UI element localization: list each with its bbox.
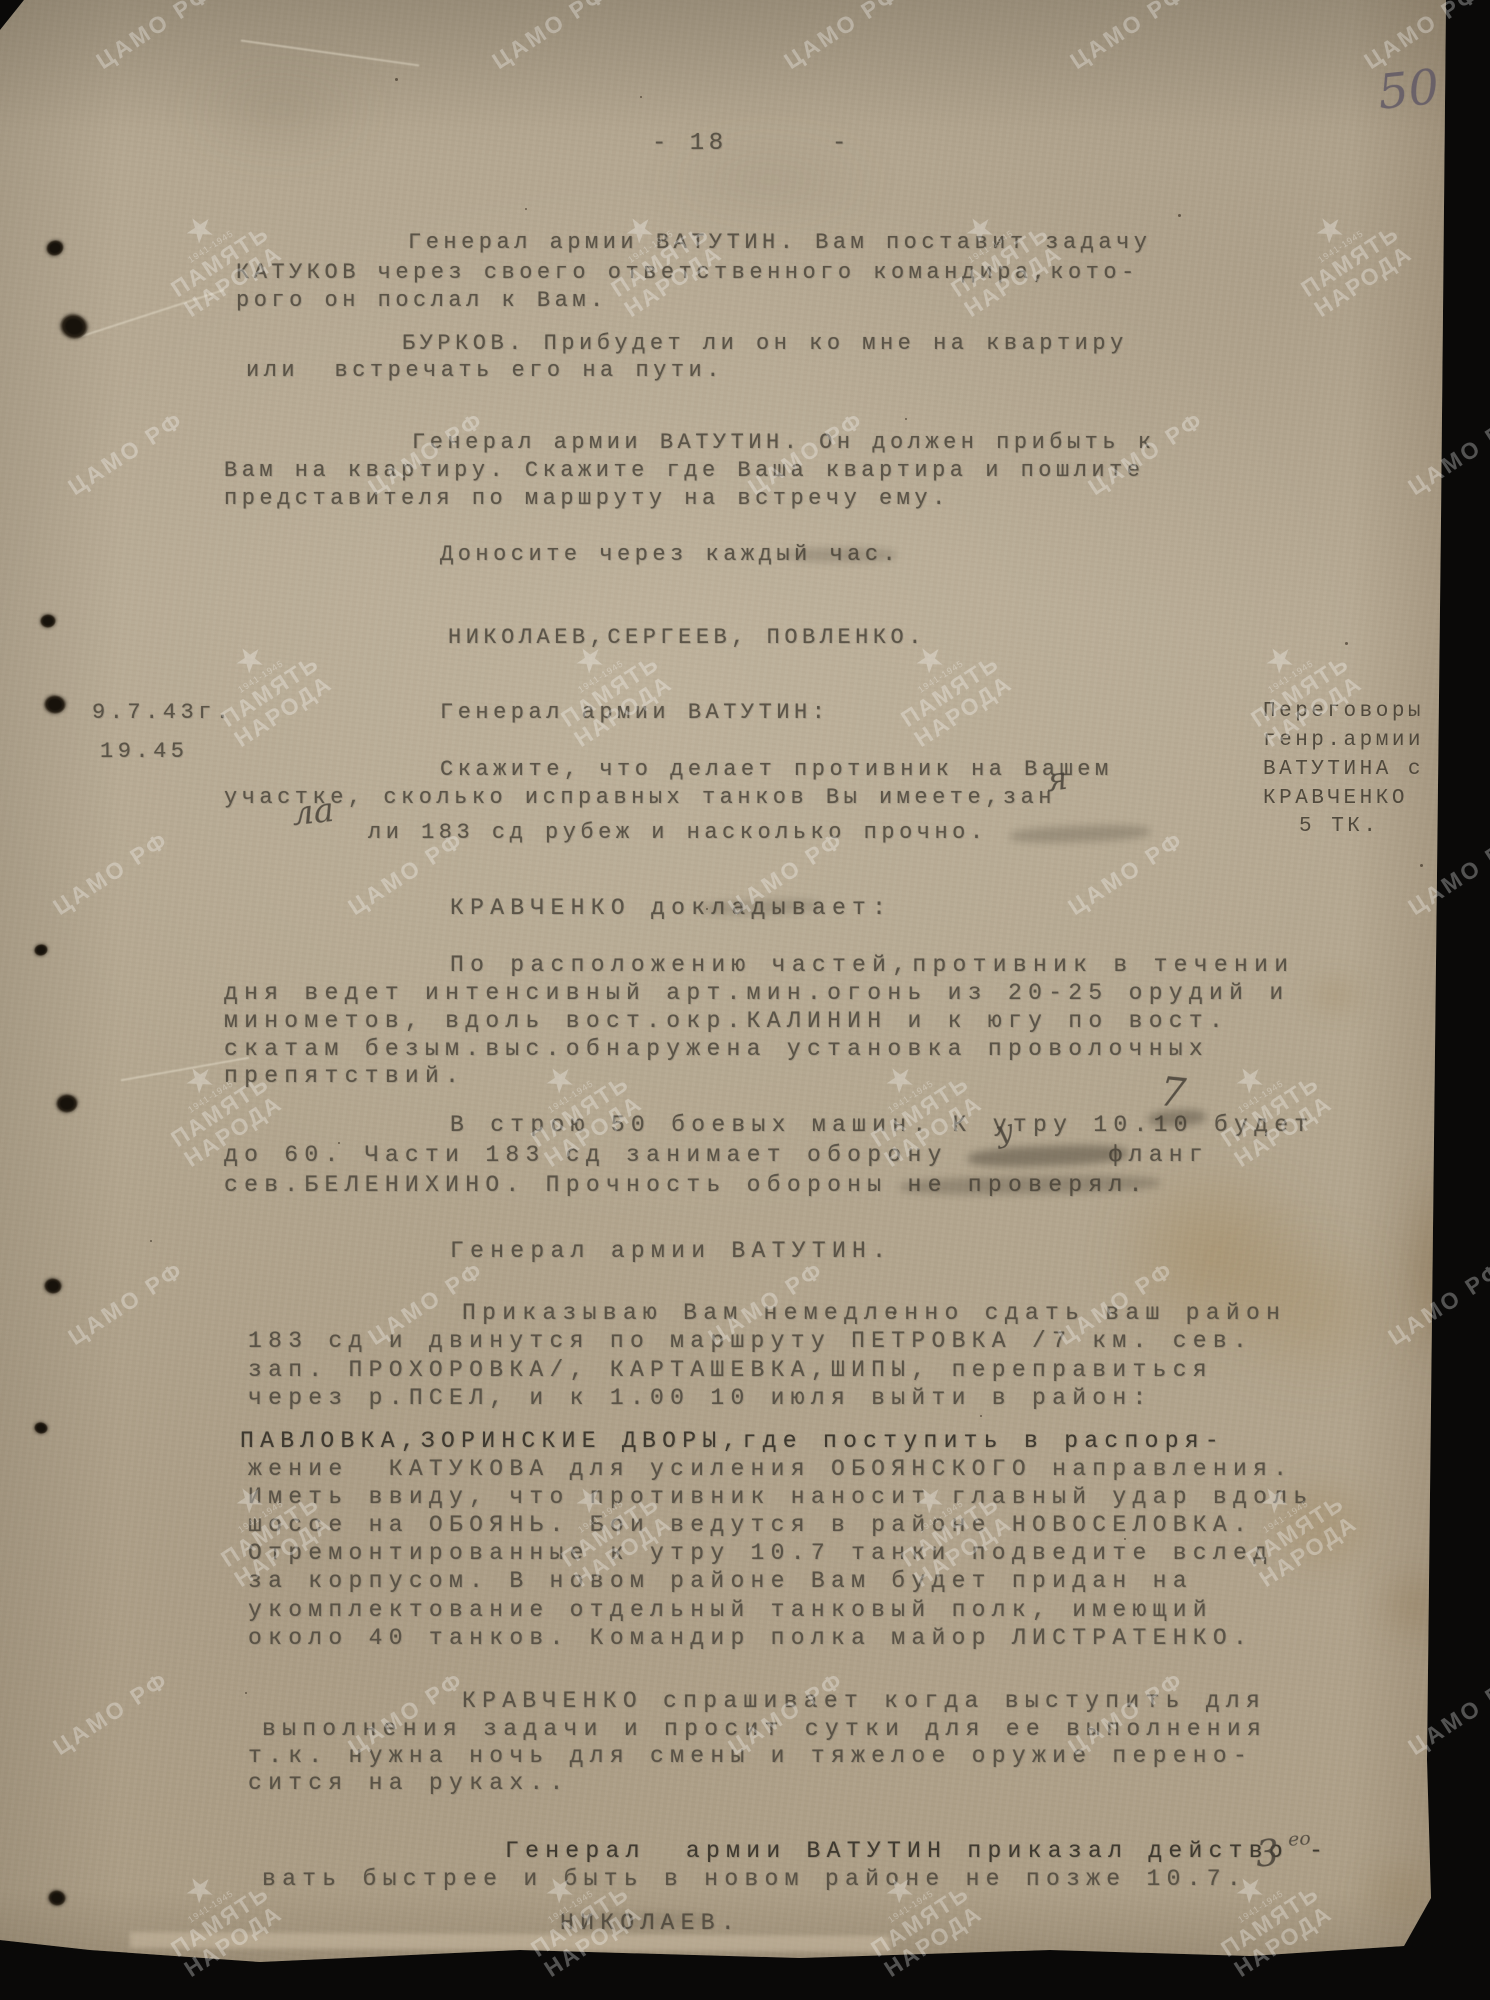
watermark-memory-of-people: ★1941-1945ПАМЯТЬНАРОДА <box>535 1457 677 1592</box>
watermark-text: ПАМЯТЬ <box>167 1070 274 1151</box>
watermark-text: НАРОДА <box>540 1901 647 1982</box>
star-icon: ★ <box>1195 1847 1305 1933</box>
watermark-text: ПАМЯТЬ <box>607 220 714 301</box>
star-icon: ★ <box>195 617 305 703</box>
watermark-years: 1941-1945 <box>862 1872 961 1941</box>
watermark-text: НАРОДА <box>1230 1091 1337 1172</box>
watermark-memory-of-people: ★1941-1945ПАМЯТЬНАРОДА <box>145 1847 287 1982</box>
watermark-text: НАРОДА <box>180 1901 287 1982</box>
watermark-tsamo-rf: ЦАМО РФ <box>1403 1666 1490 1761</box>
watermark-years: 1941-1945 <box>1212 1062 1311 1131</box>
star-icon: ★ <box>845 1847 955 1933</box>
star-icon: ★ <box>505 1037 615 1123</box>
watermark-text: ПАМЯТЬ <box>1217 1880 1324 1961</box>
watermark-tsamo-rf: ЦАМО РФ <box>1063 1666 1189 1761</box>
scan-background: - 18 - 9.7.43г. 19.45 Переговоры генр.ар… <box>0 0 1490 2000</box>
watermark-text: ПАМЯТЬ <box>557 1490 664 1571</box>
watermark-memory-of-people: ★1941-1945ПАМЯТЬНАРОДА <box>1195 1037 1337 1172</box>
watermark-years: 1941-1945 <box>552 642 651 711</box>
watermark-memory-of-people: ★1941-1945ПАМЯТЬНАРОДА <box>1220 1457 1362 1592</box>
watermark-years: 1941-1945 <box>1292 212 1391 281</box>
watermark-years: 1941-1945 <box>892 642 991 711</box>
watermark-text: ПАМЯТЬ <box>527 1070 634 1151</box>
watermark-tsamo-rf: ЦАМО РФ <box>723 826 849 921</box>
watermark-text: ПАМЯТЬ <box>1247 650 1354 731</box>
watermark-years: 1941-1945 <box>162 1872 261 1941</box>
star-icon: ★ <box>145 187 255 273</box>
watermark-text: ПАМЯТЬ <box>897 650 1004 731</box>
watermark-text: НАРОДА <box>1260 671 1367 752</box>
watermark-memory-of-people: ★1941-1945ПАМЯТЬНАРОДА <box>145 1037 287 1172</box>
star-icon: ★ <box>1225 617 1335 703</box>
watermark-text: НАРОДА <box>540 1091 647 1172</box>
watermark-years: 1941-1945 <box>522 1872 621 1941</box>
watermark-memory-of-people: ★1941-1945ПАМЯТЬНАРОДА <box>1275 187 1417 322</box>
watermark-memory-of-people: ★1941-1945ПАМЯТЬНАРОДА <box>535 617 677 752</box>
star-icon: ★ <box>585 187 695 273</box>
watermark-tsamo-rf: ЦАМО РФ <box>48 826 174 921</box>
watermark-memory-of-people: ★1941-1945ПАМЯТЬНАРОДА <box>1225 617 1367 752</box>
watermark-tsamo-rf: ЦАМО РФ <box>1403 826 1490 921</box>
watermark-text: ПАМЯТЬ <box>527 1880 634 1961</box>
watermark-text: НАРОДА <box>230 1511 337 1592</box>
watermark-memory-of-people: ★1941-1945ПАМЯТЬНАРОДА <box>875 617 1017 752</box>
watermark-tsamo-rf: ЦАМО РФ <box>343 826 469 921</box>
watermark-tsamo-rf: ЦАМО РФ <box>1053 1256 1179 1351</box>
watermark-text: НАРОДА <box>880 1091 987 1172</box>
watermark-text: ПАМЯТЬ <box>1242 1490 1349 1571</box>
watermark-years: 1941-1945 <box>1212 1872 1311 1941</box>
watermark-years: 1941-1945 <box>212 642 311 711</box>
watermark-tsamo-rf: ЦАМО РФ <box>1403 406 1490 501</box>
watermark-text: ПАМЯТЬ <box>217 1490 324 1571</box>
watermark-text: НАРОДА <box>910 1511 1017 1592</box>
watermark-text: НАРОДА <box>570 1511 677 1592</box>
watermark-tsamo-rf: ЦАМО РФ <box>487 0 613 75</box>
star-icon: ★ <box>875 1457 985 1543</box>
watermark-text: НАРОДА <box>1255 1511 1362 1592</box>
watermark-tsamo-rf: ЦАМО РФ <box>363 1256 489 1351</box>
watermark-tsamo-rf: ЦАМО РФ <box>1083 406 1209 501</box>
star-icon: ★ <box>1275 187 1385 273</box>
watermark-tsamo-rf: ЦАМО РФ <box>63 1256 189 1351</box>
watermark-text: ПАМЯТЬ <box>947 220 1054 301</box>
star-icon: ★ <box>925 187 1035 273</box>
watermark-tsamo-rf: ЦАМО РФ <box>743 406 869 501</box>
star-icon: ★ <box>535 617 645 703</box>
watermark-layer: ЦАМО РФЦАМО РФЦАМО РФЦАМО РФЦАМО РФ★1941… <box>0 0 1490 2000</box>
watermark-years: 1941-1945 <box>942 212 1041 281</box>
watermark-memory-of-people: ★1941-1945ПАМЯТЬНАРОДА <box>925 187 1067 322</box>
watermark-text: ПАМЯТЬ <box>217 650 324 731</box>
watermark-tsamo-rf: ЦАМО РФ <box>1063 826 1189 921</box>
watermark-text: НАРОДА <box>180 241 287 322</box>
star-icon: ★ <box>145 1847 255 1933</box>
star-icon: ★ <box>875 617 985 703</box>
star-icon: ★ <box>535 1457 645 1543</box>
watermark-text: НАРОДА <box>880 1901 987 1982</box>
star-icon: ★ <box>145 1037 255 1123</box>
watermark-text: ПАМЯТЬ <box>1297 220 1404 301</box>
watermark-tsamo-rf: ЦАМО РФ <box>703 1256 829 1351</box>
watermark-tsamo-rf: ЦАМО РФ <box>91 0 217 75</box>
watermark-tsamo-rf: ЦАМО РФ <box>1065 0 1191 75</box>
watermark-tsamo-rf: ЦАМО РФ <box>363 406 489 501</box>
watermark-text: НАРОДА <box>180 1091 287 1172</box>
watermark-text: НАРОДА <box>910 671 1017 752</box>
watermark-memory-of-people: ★1941-1945ПАМЯТЬНАРОДА <box>505 1847 647 1982</box>
watermark-text: НАРОДА <box>570 671 677 752</box>
watermark-tsamo-rf: ЦАМО РФ <box>63 406 189 501</box>
watermark-years: 1941-1945 <box>552 1482 651 1551</box>
watermark-text: ПАМЯТЬ <box>867 1070 974 1151</box>
star-icon: ★ <box>1195 1037 1305 1123</box>
watermark-text: ПАМЯТЬ <box>167 1880 274 1961</box>
watermark-text: НАРОДА <box>1310 241 1417 322</box>
watermark-years: 1941-1945 <box>522 1062 621 1131</box>
watermark-years: 1941-1945 <box>892 1482 991 1551</box>
watermark-years: 1941-1945 <box>162 212 261 281</box>
watermark-tsamo-rf: ЦАМО РФ <box>343 1666 469 1761</box>
watermark-text: ПАМЯТЬ <box>1217 1070 1324 1151</box>
watermark-memory-of-people: ★1941-1945ПАМЯТЬНАРОДА <box>505 1037 647 1172</box>
watermark-tsamo-rf: ЦАМО РФ <box>779 0 905 75</box>
watermark-text: НАРОДА <box>1230 1901 1337 1982</box>
watermark-text: ПАМЯТЬ <box>557 650 664 731</box>
watermark-years: 1941-1945 <box>1242 642 1341 711</box>
watermark-memory-of-people: ★1941-1945ПАМЯТЬНАРОДА <box>145 187 287 322</box>
watermark-memory-of-people: ★1941-1945ПАМЯТЬНАРОДА <box>845 1847 987 1982</box>
watermark-text: НАРОДА <box>230 671 337 752</box>
watermark-tsamo-rf: ЦАМО РФ <box>1383 1256 1490 1351</box>
watermark-memory-of-people: ★1941-1945ПАМЯТЬНАРОДА <box>1195 1847 1337 1982</box>
watermark-tsamo-rf: ЦАМО РФ <box>723 1666 849 1761</box>
watermark-memory-of-people: ★1941-1945ПАМЯТЬНАРОДА <box>845 1037 987 1172</box>
star-icon: ★ <box>505 1847 615 1933</box>
watermark-years: 1941-1945 <box>212 1482 311 1551</box>
watermark-text: ПАМЯТЬ <box>867 1880 974 1961</box>
watermark-tsamo-rf: ЦАМО РФ <box>1359 0 1485 75</box>
watermark-memory-of-people: ★1941-1945ПАМЯТЬНАРОДА <box>195 617 337 752</box>
star-icon: ★ <box>1220 1457 1330 1543</box>
watermark-memory-of-people: ★1941-1945ПАМЯТЬНАРОДА <box>875 1457 1017 1592</box>
star-icon: ★ <box>195 1457 305 1543</box>
watermark-memory-of-people: ★1941-1945ПАМЯТЬНАРОДА <box>585 187 727 322</box>
watermark-text: ПАМЯТЬ <box>897 1490 1004 1571</box>
watermark-text: НАРОДА <box>960 241 1067 322</box>
star-icon: ★ <box>845 1037 955 1123</box>
watermark-tsamo-rf: ЦАМО РФ <box>48 1666 174 1761</box>
watermark-years: 1941-1945 <box>1237 1482 1336 1551</box>
watermark-years: 1941-1945 <box>602 212 701 281</box>
watermark-years: 1941-1945 <box>862 1062 961 1131</box>
watermark-text: ПАМЯТЬ <box>167 220 274 301</box>
watermark-text: НАРОДА <box>620 241 727 322</box>
watermark-memory-of-people: ★1941-1945ПАМЯТЬНАРОДА <box>195 1457 337 1592</box>
watermark-years: 1941-1945 <box>162 1062 261 1131</box>
